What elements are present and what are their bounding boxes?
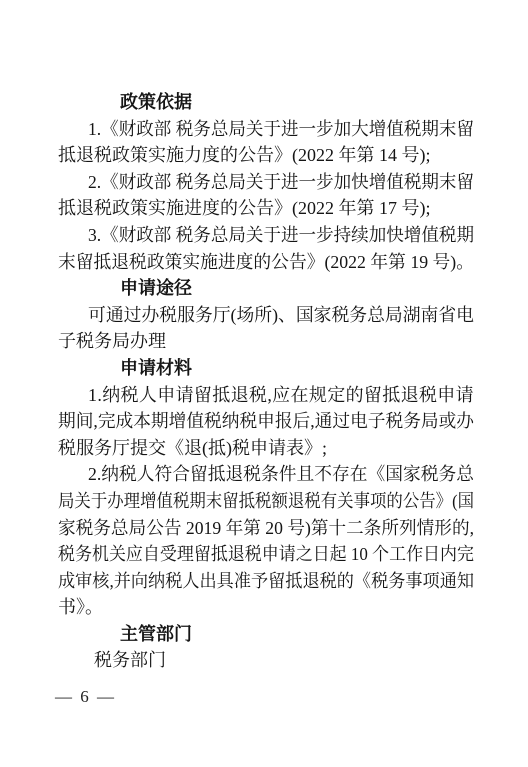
heading-application-materials: 申请材料 (58, 355, 474, 382)
body-line: 抵退税政策实施力度的公告》(2022 年第 14 号); (58, 142, 474, 169)
body-line: 1.纳税人申请留抵退税,应在规定的留抵退税申请 (58, 382, 474, 409)
body-line: 2.纳税人符合留抵退税条件且不存在《国家税务总 (58, 461, 474, 488)
body-line: 成审核,并向纳税人出具准予留抵退税的《税务事项通知 (58, 568, 474, 595)
body-line: 局关于办理增值税期末留抵税额退税有关事项的公告》(国 (58, 488, 474, 515)
heading-competent-department: 主管部门 (58, 621, 474, 648)
heading-application-channel: 申请途径 (58, 275, 474, 302)
body-line: 税务部门 (58, 647, 474, 674)
body-line: 3.《财政部 税务总局关于进一步持续加快增值税期 (58, 222, 474, 249)
body-line: 可通过办税服务厅(场所)、国家税务总局湖南省电 (58, 302, 474, 329)
heading-policy-basis: 政策依据 (58, 89, 474, 116)
body-line: 子税务局办理 (58, 328, 474, 355)
body-line: 家税务总局公告 2019 年第 20 号)第十二条所列情形的, (58, 515, 474, 542)
body-line: 抵退税政策实施进度的公告》(2022 年第 17 号); (58, 195, 474, 222)
body-line: 税务机关应自受理留抵退税申请之日起 10 个工作日内完 (58, 541, 474, 568)
body-line: 末留抵退税政策实施进度的公告》(2022 年第 19 号)。 (58, 249, 474, 276)
body-line: 期间,完成本期增值税纳税申报后,通过电子税务局或办 (58, 408, 474, 435)
body-line: 2.《财政部 税务总局关于进一步加快增值税期末留 (58, 169, 474, 196)
body-line: 税服务厅提交《退(抵)税申请表》; (58, 435, 474, 462)
body-line: 1.《财政部 税务总局关于进一步加大增值税期末留 (58, 116, 474, 143)
document-body: 政策依据 1.《财政部 税务总局关于进一步加大增值税期末留 抵退税政策实施力度的… (58, 89, 474, 674)
body-line: 书》。 (58, 594, 474, 621)
document-page: 政策依据 1.《财政部 税务总局关于进一步加大增值税期末留 抵退税政策实施力度的… (0, 0, 528, 767)
page-number: — 6 — (55, 687, 116, 707)
